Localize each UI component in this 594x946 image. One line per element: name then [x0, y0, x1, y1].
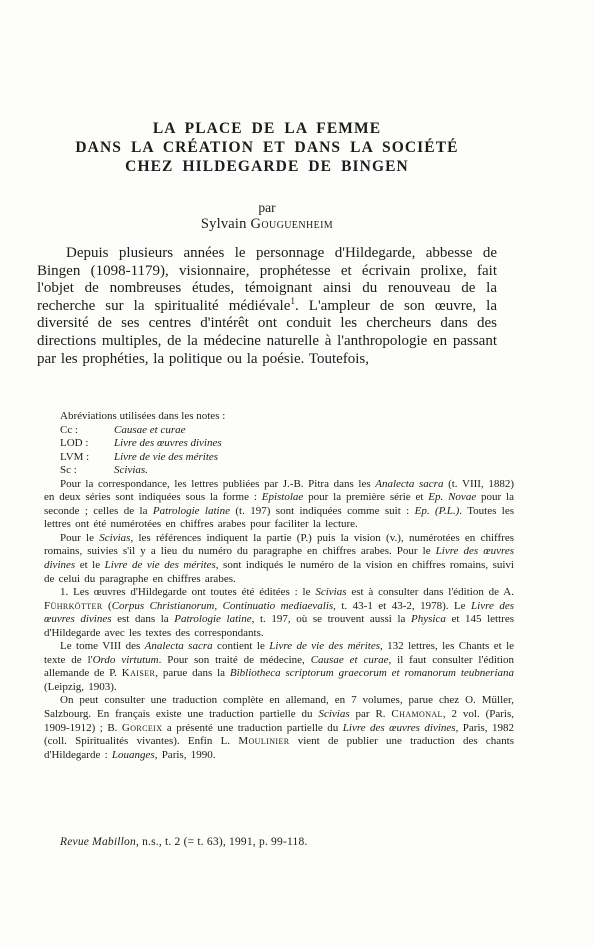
- note-paragraph-correspondence: Pour la correspondance, les lettres publ…: [44, 478, 514, 532]
- abbreviation-key: LVM :: [60, 451, 114, 465]
- footnote-1-editions: 1. Les œuvres d'Hildegarde ont toutes ét…: [44, 586, 514, 640]
- note-paragraph-references: Pour le Scivias, les références indiquen…: [44, 532, 514, 586]
- abbreviation-value: Livre des œuvres divines: [114, 437, 222, 449]
- author-first-name: Sylvain: [201, 216, 251, 232]
- abbreviation-key: Cc :: [60, 424, 114, 438]
- abbreviation-row: LVM :Livre de vie des mérites: [44, 451, 514, 465]
- lead-paragraph: Depuis plusieurs années le personnage d'…: [37, 245, 497, 368]
- journal-article-page: LA PLACE DE LA FEMME DANS LA CRÉATION ET…: [0, 0, 594, 946]
- article-title: LA PLACE DE LA FEMME DANS LA CRÉATION ET…: [37, 119, 497, 177]
- abbreviation-value: Scivias.: [114, 464, 148, 476]
- abbreviation-value: Livre de vie des mérites: [114, 451, 218, 463]
- footnote-1-translations: On peut consulter une traduction complèt…: [44, 694, 514, 762]
- abbreviation-row: LOD :Livre des œuvres divines: [44, 437, 514, 451]
- article-header: LA PLACE DE LA FEMME DANS LA CRÉATION ET…: [37, 119, 497, 232]
- abbreviation-row: Sc :Scivias.: [44, 464, 514, 478]
- author-name: Sylvain Gouguenheim: [37, 216, 497, 232]
- journal-imprint: Revue Mabillon, n.s., t. 2 (= t. 63), 19…: [60, 835, 530, 849]
- abbreviation-key: Sc :: [60, 464, 114, 478]
- title-line-3: CHEZ HILDEGARDE DE BINGEN: [37, 157, 497, 176]
- abbreviation-value: Causae et curae: [114, 424, 185, 436]
- title-line-1: LA PLACE DE LA FEMME: [37, 119, 497, 138]
- title-line-2: DANS LA CRÉATION ET DANS LA SOCIÉTÉ: [37, 138, 497, 157]
- abbreviation-key: LOD :: [60, 437, 114, 451]
- abbreviation-row: Cc :Causae et curae: [44, 424, 514, 438]
- abbreviations-heading: Abréviations utilisées dans les notes :: [44, 410, 514, 424]
- byline-par: par: [37, 201, 497, 214]
- author-last-name: Gouguenheim: [250, 216, 333, 232]
- footnote-1-analecta: Le tome VIII des Analecta sacra contient…: [44, 640, 514, 694]
- footnotes-block: Abréviations utilisées dans les notes : …: [44, 410, 514, 762]
- abbreviation-list: Cc :Causae et curae LOD :Livre des œuvre…: [44, 424, 514, 478]
- lead-section: Depuis plusieurs années le personnage d'…: [37, 245, 497, 368]
